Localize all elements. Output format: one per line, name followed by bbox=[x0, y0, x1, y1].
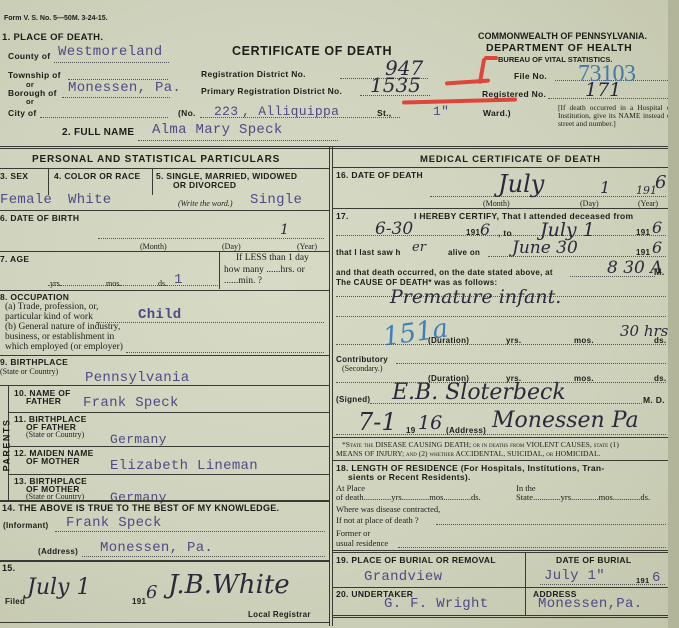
to-label: , to bbox=[498, 228, 512, 238]
certify-text: I HEREBY CERTIFY, That I attended deceas… bbox=[414, 211, 633, 221]
month-caption: (Month) bbox=[483, 199, 510, 208]
ward-label: Ward.) bbox=[483, 108, 511, 118]
primary-district-label: Primary Registration District No. bbox=[201, 86, 342, 96]
sex-label: 3. SEX bbox=[0, 171, 28, 181]
occupation-a-line1: (a) Trade, profession, or, bbox=[5, 302, 99, 312]
informant-label: (Informant) bbox=[3, 521, 49, 530]
age-mos-label: mos. bbox=[106, 279, 121, 288]
former-residence-label-2: usual residence bbox=[336, 538, 388, 548]
county-value: Westmoreland bbox=[58, 44, 162, 60]
burial-date-label: DATE OF BURIAL bbox=[556, 555, 631, 565]
secondary-label: (Secondary.) bbox=[342, 364, 383, 373]
registration-district-label: Registration District No. bbox=[201, 69, 306, 79]
race-label: 4. COLOR OR RACE bbox=[54, 171, 141, 181]
column-divider bbox=[329, 146, 330, 626]
date-of-death-label: 16. DATE OF DEATH bbox=[336, 170, 423, 180]
burial-year-prefix: 191 bbox=[636, 576, 649, 585]
sex-value: Female bbox=[0, 192, 52, 208]
primary-district-value: 1535 bbox=[370, 73, 421, 97]
last-saw-label: that I last saw h bbox=[336, 248, 401, 257]
yrs-label: yrs. bbox=[506, 336, 521, 345]
marital-hint: (Write the word.) bbox=[178, 199, 233, 208]
ds-label: ds. bbox=[654, 374, 666, 383]
less-than-day-hrs: how many ......hrs. or bbox=[224, 265, 305, 275]
burial-date-value: July 1" bbox=[544, 568, 605, 584]
mother-name-label-2: OF MOTHER bbox=[26, 456, 80, 466]
age-yrs-label: yrs. bbox=[50, 279, 62, 288]
informant-address-value: Monessen, Pa. bbox=[100, 540, 213, 556]
day-caption: (Day) bbox=[580, 199, 599, 208]
at-place-duration: of death.............yrs.............mos… bbox=[336, 492, 481, 502]
registered-number-value: 171 bbox=[585, 79, 621, 101]
form-number: Form V. S. No. 5—50M. 3-24-15. bbox=[4, 15, 108, 22]
dob-day-caption: (Day) bbox=[222, 242, 241, 251]
hospital-note: [If death occurred in a Hospital or Inst… bbox=[558, 104, 673, 128]
burial-place-value: Grandview bbox=[364, 569, 442, 585]
cause-of-death: Premature infant. bbox=[390, 286, 561, 308]
signed-date: 7-1 bbox=[358, 408, 397, 436]
dob-month-caption: (Month) bbox=[140, 242, 167, 251]
divider bbox=[0, 146, 668, 149]
street-number: 223 bbox=[214, 104, 238, 119]
less-than-day-note: If LESS than 1 day bbox=[236, 253, 309, 263]
footnote-line1: *State the DISEASE CAUSING DEATH; or in … bbox=[342, 440, 619, 449]
former-residence-label: Former or bbox=[336, 528, 370, 538]
registered-number-label: Registered No. bbox=[482, 89, 546, 99]
duration-label: (Duration) bbox=[428, 336, 469, 345]
occupation-label: 8. OCCUPATION bbox=[0, 292, 69, 302]
full-name-label: 2. FULL NAME bbox=[62, 127, 134, 138]
residence-label-2: sients or Recent Residents). bbox=[348, 472, 471, 482]
birthplace-hint: (State or Country) bbox=[0, 367, 58, 376]
alive-on-year: 6 bbox=[652, 238, 662, 257]
dob-label: 6. DATE OF BIRTH bbox=[0, 213, 79, 223]
physician-signature: E.B. Sloterbeck bbox=[392, 380, 566, 405]
street-prefix: (No. bbox=[178, 108, 196, 118]
undertaker-value: G. F. Wright bbox=[384, 596, 488, 612]
occupation-value: Child bbox=[138, 307, 182, 323]
race-value: White bbox=[68, 192, 112, 208]
occupation-b-line3: which employed (or employer) bbox=[5, 342, 123, 352]
or-label: or bbox=[26, 97, 34, 106]
attended-from: 6-30 bbox=[375, 219, 413, 239]
medical-heading: MEDICAL CERTIFICATE OF DEATH bbox=[420, 154, 601, 165]
column-divider bbox=[332, 146, 333, 626]
filed-label: Filed bbox=[5, 597, 25, 606]
year-caption: (Year) bbox=[638, 199, 658, 208]
county-label: County of bbox=[8, 51, 50, 61]
registrar-label: Local Registrar bbox=[248, 610, 311, 619]
place-of-death-heading: 1. PLACE OF DEATH. bbox=[2, 32, 103, 43]
commonwealth-heading: COMMONWEALTH OF PENNSYLVANIA. bbox=[478, 31, 647, 41]
occurred-text: and that death occurred, on the date sta… bbox=[336, 268, 553, 277]
mother-name-value: Elizabeth Lineman bbox=[110, 458, 258, 474]
informant-address-label: (Address) bbox=[38, 547, 78, 556]
township-label: Township of bbox=[8, 70, 61, 80]
md-label: M. D. bbox=[643, 395, 665, 405]
signed-year: 16 bbox=[418, 412, 442, 434]
certificate-title: CERTIFICATE OF DEATH bbox=[232, 44, 392, 58]
alive-on-value: June 30 bbox=[512, 238, 578, 258]
page-edge bbox=[668, 0, 679, 628]
file-number-label: File No. bbox=[514, 71, 547, 81]
duration-value: 30 hrs bbox=[620, 322, 668, 340]
mos-label: mos. bbox=[574, 374, 594, 383]
burial-year-suffix: 6 bbox=[652, 570, 661, 586]
age-label: 7. AGE bbox=[0, 254, 29, 264]
contracted-label: Where was disease contracted, bbox=[336, 504, 440, 514]
filing-number: 15. bbox=[2, 563, 15, 573]
informant-value: Frank Speck bbox=[66, 515, 162, 531]
time-suffix: M. bbox=[654, 267, 665, 277]
marital-value: Single bbox=[250, 192, 302, 208]
year-prefix: 191 bbox=[636, 248, 650, 257]
father-name-value: Frank Speck bbox=[83, 395, 179, 411]
cause-code: 151a bbox=[381, 314, 450, 353]
city-label: City of bbox=[8, 108, 37, 118]
undertaker-address-value: Monessen,Pa. bbox=[538, 596, 642, 612]
parents-side-label: PARENTS bbox=[1, 419, 11, 472]
filed-year-suffix: 6 bbox=[146, 582, 157, 603]
age-days-value: 1 bbox=[174, 272, 183, 288]
father-birthplace-value: Germany bbox=[110, 432, 167, 447]
ward-value: 1" bbox=[433, 104, 449, 119]
less-than-day-min: ......min. ? bbox=[224, 276, 262, 286]
death-year-suffix: 6 bbox=[655, 172, 666, 193]
red-pencil-mark bbox=[484, 56, 498, 60]
physician-address: Monessen Pa bbox=[492, 408, 639, 433]
year-prefix: 191 bbox=[636, 228, 650, 237]
borough-value: Monessen, Pa. bbox=[68, 80, 181, 96]
footnote-line2: MEANS OF INJURY; and (2) whether ACCIDEN… bbox=[336, 449, 601, 458]
certify-number: 17. bbox=[336, 211, 349, 221]
attended-to-year: 6 bbox=[652, 218, 662, 237]
mos-label: mos. bbox=[574, 336, 594, 345]
red-pencil-mark bbox=[445, 78, 490, 85]
year-prefix: 191 bbox=[466, 228, 480, 237]
filed-year-prefix: 191 bbox=[132, 597, 146, 606]
signed-year-prefix: 19 bbox=[406, 426, 416, 435]
birthplace-value: Pennsylvania bbox=[85, 370, 189, 386]
father-birthplace-hint: (State or Country) bbox=[26, 430, 84, 439]
signed-label: (Signed) bbox=[336, 395, 370, 404]
in-state-duration: State.............yrs.............mos...… bbox=[516, 492, 650, 502]
marital-label-2: OR DIVORCED bbox=[173, 180, 236, 190]
death-month: July bbox=[498, 170, 544, 198]
informant-statement: 14. THE ABOVE IS TRUE TO THE BEST OF MY … bbox=[2, 503, 279, 513]
father-name-label-2: FATHER bbox=[26, 396, 61, 406]
filed-date: July 1 bbox=[27, 575, 90, 600]
full-name-value: Alma Mary Speck bbox=[152, 122, 283, 138]
occupation-b-line2: business, or establishment in bbox=[5, 332, 114, 342]
age-ds-label: ds. bbox=[158, 279, 167, 288]
street-label: St., bbox=[377, 108, 391, 118]
personal-heading: PERSONAL AND STATISTICAL PARTICULARS bbox=[32, 154, 280, 165]
occupation-a-line2: particular kind of work bbox=[5, 312, 93, 322]
burial-place-label: 19. PLACE OF BURIAL OR REMOVAL bbox=[336, 555, 496, 565]
death-year-prefix: 191 bbox=[636, 184, 657, 197]
contracted-label-2: If not at place of death ? bbox=[336, 515, 419, 525]
occupation-b-line1: (b) General nature of industry, bbox=[5, 322, 120, 332]
dob-year-caption: (Year) bbox=[297, 242, 317, 251]
death-day: 1 bbox=[600, 178, 610, 197]
death-certificate: Form V. S. No. 5—50M. 3-24-15. 1. PLACE … bbox=[0, 0, 679, 628]
street-name: , Alliquippa bbox=[242, 104, 339, 119]
dob-day-value: 1 bbox=[280, 222, 289, 238]
attended-from-year: 6 bbox=[480, 220, 490, 239]
physician-address-label: (Address) bbox=[446, 426, 486, 435]
registrar-signature: J.B.White bbox=[168, 570, 290, 600]
department-heading: DEPARTMENT OF HEALTH bbox=[486, 42, 632, 54]
contributory-label: Contributory bbox=[336, 355, 388, 364]
last-saw-pronoun: er bbox=[412, 240, 426, 255]
alive-on-label: alive on bbox=[448, 248, 480, 257]
birthplace-label: 9. BIRTHPLACE bbox=[0, 357, 68, 367]
